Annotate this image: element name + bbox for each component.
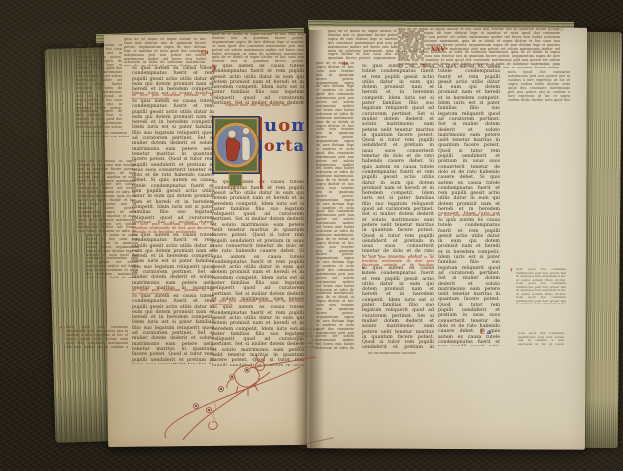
text-block: Si quis autem ex causa tutele condempnat…: [438, 64, 500, 214]
text-block: Si quis autem ex causa tutele condempnat…: [212, 180, 304, 300]
margin-jotting-3: s: [62, 118, 64, 121]
folio-number: 56: [554, 24, 564, 33]
marginal-doodle-drawing: [150, 352, 320, 440]
right-margin-note-1: nota quod dos constante matrimonio peti …: [508, 70, 570, 102]
gloss-mark-de: de: [342, 62, 349, 67]
rubric-line: de dote post diuortium petenda et de fru…: [132, 223, 214, 233]
paraph-mark: ¶: [422, 64, 425, 69]
text-block: Si quis autem ex causa tutele condempnat…: [212, 64, 304, 104]
text-block: Si quis autem ex causa tutele condempnat…: [132, 99, 214, 223]
margin-jotting-1: a: [62, 88, 64, 91]
initial-c: C: [316, 214, 318, 219]
standing-figure: [242, 136, 250, 160]
penwork-bar: [260, 117, 262, 189]
text-block: Si quis autem ex causa tutele condempnat…: [132, 233, 214, 289]
header-mark-ca: ca: [201, 50, 209, 56]
left-margin-gloss-1: quia de re dotali ut supra dicitur et ho…: [76, 44, 122, 130]
historiated-initial-miniature: [212, 116, 262, 192]
top-gloss-left-page-right: quia de re dotali ut supra dicitur et ho…: [212, 33, 304, 63]
catchword-line: de excusationibus tutorum: [344, 352, 440, 359]
capital-letter: u: [264, 115, 278, 136]
top-gloss-right-page-right: quia de re dotali ut supra dicitur et ho…: [398, 28, 560, 68]
right-page-column-a: Si quis autem ex causa tutele condempnat…: [362, 64, 434, 350]
initial-c: C: [362, 268, 364, 277]
capital-letter: o: [278, 115, 291, 136]
initial-a: a: [487, 330, 491, 336]
text-block: Si quis autem ex causa tutele condempnat…: [362, 64, 434, 256]
margin-jotting-2: t: [63, 102, 64, 105]
display-capitals: uom orta: [264, 117, 304, 154]
rubric-explicit: Explicit liber ·xxv· Incipit liber ·xxvi…: [212, 104, 304, 115]
running-header-xxv: ·xxv·: [428, 44, 448, 52]
paraph-mark: ¶: [60, 326, 63, 330]
paraph-mark: ¶: [510, 268, 513, 272]
capital-letter: t: [285, 136, 293, 155]
left-page-column-a: Si quis autem ex causa tutele condempnat…: [132, 66, 214, 364]
gutter-margin-note: nota quod dos constante matrimonio peti …: [296, 328, 318, 348]
text-block: Si quis autem ex causa tutele condempnat…: [438, 218, 500, 346]
capital-letter: o: [264, 136, 276, 155]
left-margin-gloss-2: quia de re dotali ut supra dicitur et ho…: [78, 160, 136, 232]
left-page-column-b: Si quis autem ex causa tutele condempnat…: [212, 64, 304, 366]
gutter-gloss-column: quia de re dotali ut supra dicitur et ho…: [316, 62, 354, 350]
capital-letter: a: [294, 136, 305, 155]
capital-letter: r: [276, 136, 285, 155]
left-margin-gloss-endline: nota quod dos constante matrimonio peti …: [80, 132, 130, 137]
capital-letter: m: [291, 115, 304, 136]
right-page-column-b: Si quis autem ex causa tutele condempnat…: [438, 64, 500, 346]
initial-c: C: [480, 330, 485, 336]
manuscript-photo: a t s quia de re dotali ut supra dicitur…: [0, 0, 623, 471]
right-margin-note-2: nota quod dos constante matrimonio peti …: [516, 268, 566, 304]
left-margin-gloss-3: quia de re dotali ut supra dicitur et ho…: [86, 234, 138, 278]
left-margin-note: nota quod dos constante matrimonio peti …: [66, 326, 128, 348]
paraph-mark: ¶: [316, 82, 317, 86]
text-block: Si quis autem ex causa tutele condempnat…: [362, 266, 434, 350]
initial-q: Q: [212, 64, 216, 72]
gloss-text: quia de re dotali ut supra dicitur et ho…: [316, 62, 354, 350]
text-block: Si quis autem ex causa tutele condempnat…: [132, 66, 214, 94]
right-margin-note-3: nota quod dos constante matrimonio peti …: [518, 332, 564, 346]
top-gloss-left-page-left: quia de re dotali ut supra dicitur et ho…: [124, 38, 206, 66]
rubric-line: de dote post diuortium petenda et de fru…: [362, 256, 434, 266]
